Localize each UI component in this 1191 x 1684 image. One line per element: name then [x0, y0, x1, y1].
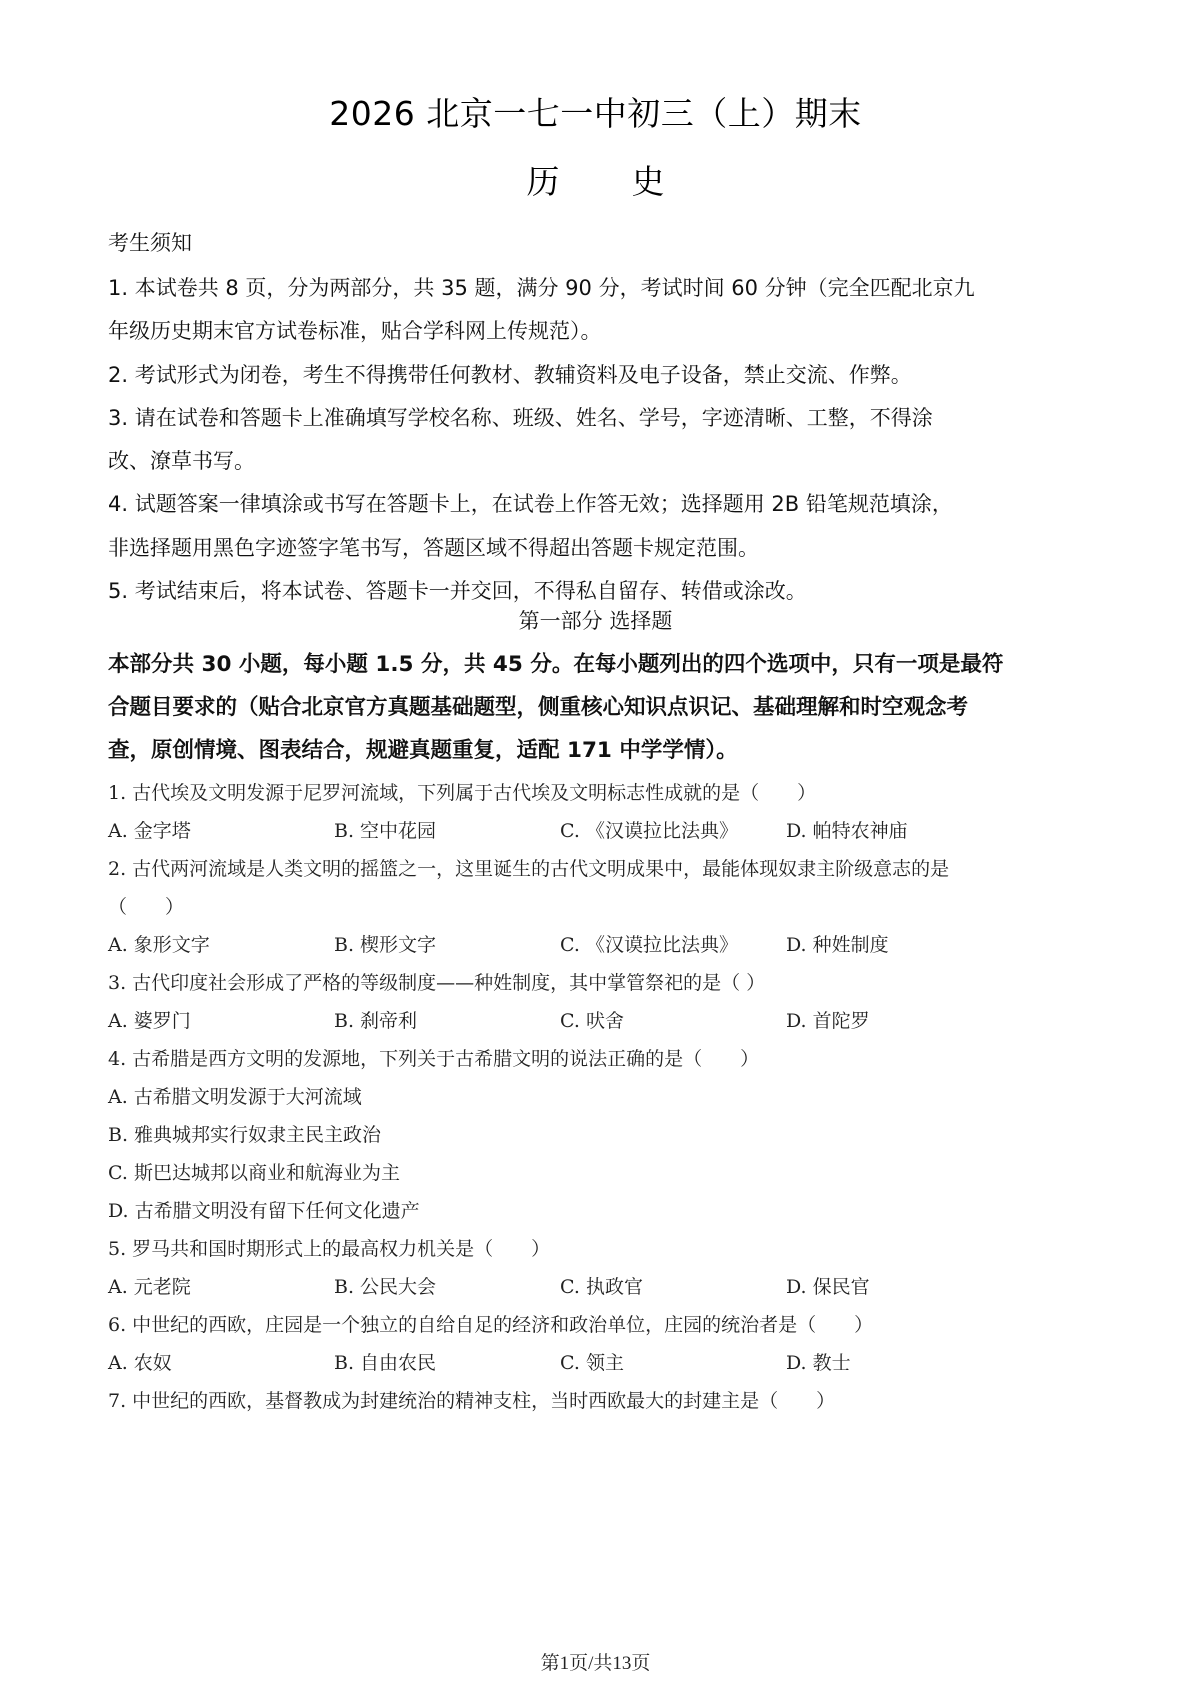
option-a: A. 金字塔	[108, 817, 191, 845]
section-instructions: 本部分共 30 小题，每小题 1.5 分，共 45 分。在每小题列出的四个选项中…	[108, 650, 1098, 680]
notice-line: 3. 请在试卷和答题卡上准确填写学校名称、班级、姓名、学号，字迹清晰、工整，不得…	[108, 403, 1098, 433]
subject-title: 历史	[0, 160, 1191, 204]
option-d: D. 首陀罗	[786, 1007, 870, 1035]
option-b: B. 自由农民	[334, 1349, 436, 1377]
option-d: D. 保民官	[786, 1273, 870, 1301]
section-title: 第一部分 选择题	[0, 606, 1191, 636]
question-stem: 3. 古代印度社会形成了严格的等级制度——种姓制度，其中掌管祭祀的是（ ）	[108, 969, 1098, 997]
option-a: A. 元老院	[108, 1273, 191, 1301]
option-c: C. 《汉谟拉比法典》	[560, 817, 738, 845]
question-stem: 1. 古代埃及文明发源于尼罗河流域，下列属于古代埃及文明标志性成就的是（ ）	[108, 779, 1098, 807]
option-b: B. 刹帝利	[334, 1007, 417, 1035]
option-c: C. 斯巴达城邦以商业和航海业为主	[108, 1159, 400, 1187]
option-b: B. 空中花园	[334, 817, 436, 845]
option-b: B. 公民大会	[334, 1273, 436, 1301]
option-a: A. 古希腊文明发源于大河流域	[108, 1083, 362, 1111]
notice-line: 4. 试题答案一律填涂或书写在答题卡上，在试卷上作答无效；选择题用 2B 铅笔规…	[108, 489, 1098, 519]
option-c: C. 吠舍	[560, 1007, 624, 1035]
option-a: A. 农奴	[108, 1349, 172, 1377]
question-stem: 5. 罗马共和国时期形式上的最高权力机关是（ ）	[108, 1235, 1098, 1263]
question-stem: 6. 中世纪的西欧，庄园是一个独立的自给自足的经济和政治单位，庄园的统治者是（ …	[108, 1311, 1098, 1339]
exam-page: 2026 北京一七一中初三（上）期末 历史 考生须知 1. 本试卷共 8 页，分…	[0, 0, 1191, 1684]
notice-line: 5. 考试结束后，将本试卷、答题卡一并交回，不得私自留存、转借或涂改。	[108, 576, 1098, 606]
option-a: A. 象形文字	[108, 931, 210, 959]
section-instructions: 合题目要求的（贴合北京官方真题基础题型，侧重核心知识点识记、基础理解和时空观念考	[108, 693, 1098, 723]
subject-char-2: 史	[632, 160, 665, 204]
notice-line: 年级历史期末官方试卷标准，贴合学科网上传规范）。	[108, 316, 1098, 346]
option-b: B. 雅典城邦实行奴隶主民主政治	[108, 1121, 381, 1149]
notice-line: 2. 考试形式为闭卷，考生不得携带任何教材、教辅资料及电子设备，禁止交流、作弊。	[108, 360, 1098, 390]
notice-line: 1. 本试卷共 8 页，分为两部分，共 35 题，满分 90 分，考试时间 60…	[108, 273, 1098, 303]
page-number: 第1页/共13页	[0, 1652, 1191, 1676]
option-a: A. 婆罗门	[108, 1007, 191, 1035]
option-d: D. 种姓制度	[786, 931, 889, 959]
question-stem-continued: （ ）	[108, 893, 1098, 921]
question-stem: 4. 古希腊是西方文明的发源地，下列关于古希腊文明的说法正确的是（ ）	[108, 1045, 1098, 1073]
question-stem: 7. 中世纪的西欧，基督教成为封建统治的精神支柱，当时西欧最大的封建主是（ ）	[108, 1387, 1098, 1415]
option-c: C. 《汉谟拉比法典》	[560, 931, 738, 959]
subject-char-1: 历	[527, 160, 560, 204]
option-b: B. 楔形文字	[334, 931, 436, 959]
section-instructions: 查，原创情境、图表结合，规避真题重复，适配 171 中学学情）。	[108, 736, 1098, 766]
option-d: D. 古希腊文明没有留下任何文化遗产	[108, 1197, 420, 1225]
exam-title: 2026 北京一七一中初三（上）期末	[0, 92, 1191, 136]
option-c: C. 领主	[560, 1349, 624, 1377]
option-c: C. 执政官	[560, 1273, 643, 1301]
notice-heading: 考生须知	[108, 228, 192, 258]
option-d: D. 教士	[786, 1349, 851, 1377]
notice-line: 非选择题用黑色字迹签字笔书写，答题区域不得超出答题卡规定范围。	[108, 533, 1098, 563]
question-stem: 2. 古代两河流域是人类文明的摇篮之一，这里诞生的古代文明成果中，最能体现奴隶主…	[108, 855, 1098, 883]
notice-line: 改、潦草书写。	[108, 446, 1098, 476]
option-d: D. 帕特农神庙	[786, 817, 908, 845]
